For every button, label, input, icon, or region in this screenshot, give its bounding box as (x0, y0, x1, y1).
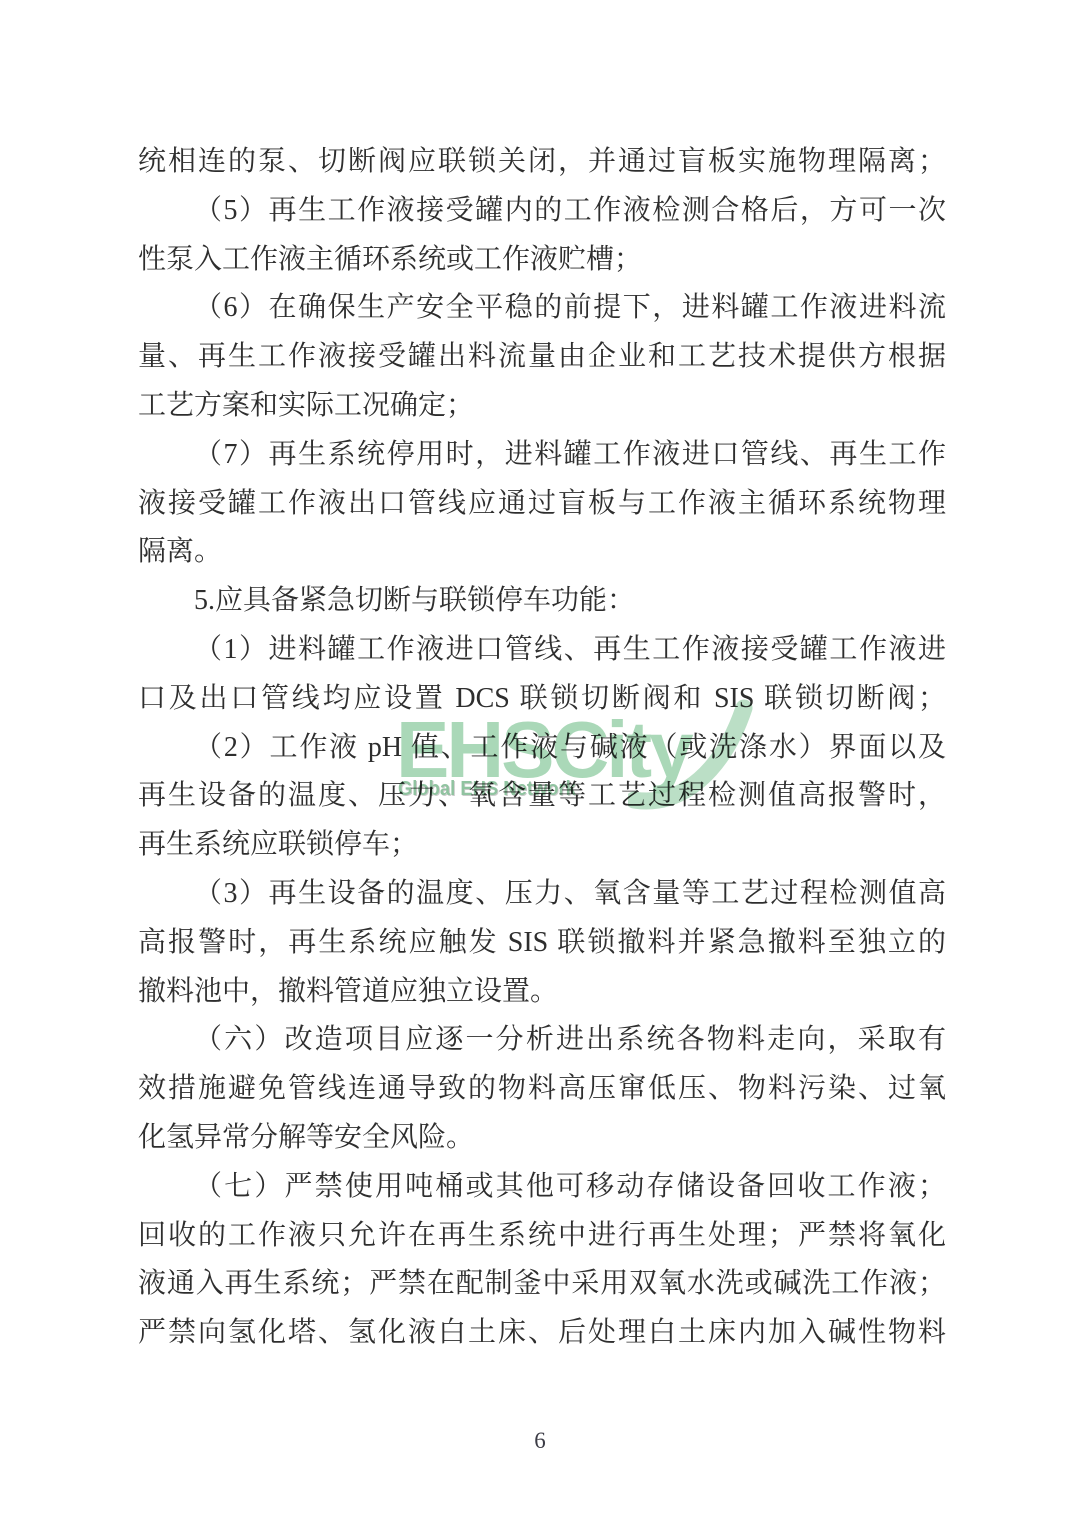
text-line: 撤料池中，撤料管道应独立设置。 (138, 968, 946, 1017)
text-line: 高报警时，再生系统应触发 SIS 联锁撤料并紧急撤料至独立的 (138, 919, 946, 968)
text-line: （六）改造项目应逐一分析进出系统各物料走向，采取有 (138, 1016, 946, 1065)
page-number: 6 (0, 1428, 1080, 1454)
text-line: 统相连的泵、切断阀应联锁关闭，并通过盲板实施物理隔离； (138, 138, 946, 187)
document-page: 统相连的泵、切断阀应联锁关闭，并通过盲板实施物理隔离；（5）再生工作液接受罐内的… (0, 0, 1080, 1528)
text-line: （2）工作液 pH 值、工作液与碱液（或洗涤水）界面以及 (138, 724, 946, 773)
text-line: 液通入再生系统；严禁在配制釜中采用双氧水洗或碱洗工作液； (138, 1260, 946, 1309)
text-line: （1）进料罐工作液进口管线、再生工作液接受罐工作液进 (138, 626, 946, 675)
text-line: 效措施避免管线连通导致的物料高压窜低压、物料污染、过氧 (138, 1065, 946, 1114)
document-body: 统相连的泵、切断阀应联锁关闭，并通过盲板实施物理隔离；（5）再生工作液接受罐内的… (138, 138, 946, 1358)
text-line: （七）严禁使用吨桶或其他可移动存储设备回收工作液； (138, 1163, 946, 1212)
text-line: 液接受罐工作液出口管线应通过盲板与工作液主循环系统物理 (138, 480, 946, 529)
text-line: （3）再生设备的温度、压力、氧含量等工艺过程检测值高 (138, 870, 946, 919)
text-line: 严禁向氢化塔、氢化液白土床、后处理白土床内加入碱性物料 (138, 1309, 946, 1358)
text-line: 口及出口管线均应设置 DCS 联锁切断阀和 SIS 联锁切断阀； (138, 675, 946, 724)
text-line: 性泵入工作液主循环系统或工作液贮槽； (138, 236, 946, 285)
text-line: 量、再生工作液接受罐出料流量由企业和工艺技术提供方根据 (138, 333, 946, 382)
text-line: 化氢异常分解等安全风险。 (138, 1114, 946, 1163)
text-line: 工艺方案和实际工况确定； (138, 382, 946, 431)
text-line: 回收的工作液只允许在再生系统中进行再生处理；严禁将氧化 (138, 1212, 946, 1261)
text-line: 再生系统应联锁停车； (138, 821, 946, 870)
text-line: 再生设备的温度、压力、氧含量等工艺过程检测值高报警时， (138, 772, 946, 821)
text-line: （6）在确保生产安全平稳的前提下，进料罐工作液进料流 (138, 284, 946, 333)
text-line: 5.应具备紧急切断与联锁停车功能： (138, 577, 946, 626)
text-line: （7）再生系统停用时，进料罐工作液进口管线、再生工作 (138, 431, 946, 480)
text-line: （5）再生工作液接受罐内的工作液检测合格后，方可一次 (138, 187, 946, 236)
text-line: 隔离。 (138, 528, 946, 577)
